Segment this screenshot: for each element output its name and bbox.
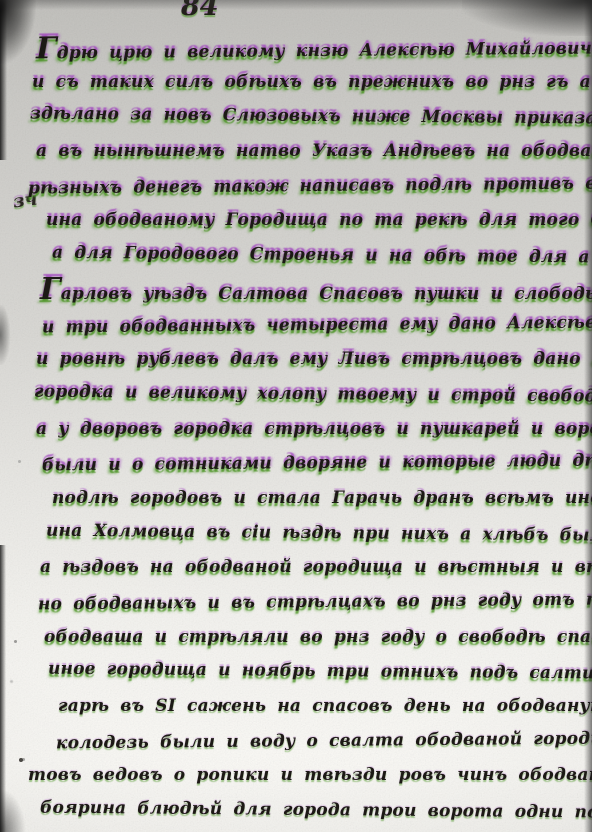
manuscript-line: колодезь были и воду о свалта ободваной … bbox=[56, 721, 592, 760]
scan-edge-right bbox=[584, 0, 592, 832]
manuscript-line: а у дворовъ городка стрѣлцовъ и пушкарей… bbox=[36, 412, 592, 447]
manuscript-line: гарѣ въ ЅІ сажень на спасовъ день на обо… bbox=[58, 689, 592, 724]
handwritten-text-block: Гдрю црю и великому кнзю Алексѣю Михайло… bbox=[28, 30, 592, 828]
manuscript-line: а ѣздовъ на ободваной городища и вѣстныя… bbox=[40, 550, 592, 585]
manuscript-line: иное городища и ноябрь три отнихъ подъ с… bbox=[48, 652, 592, 691]
manuscript-line: боярина блюдѣй для города трои ворота од… bbox=[40, 791, 592, 831]
paper-speckles bbox=[14, 640, 17, 643]
manuscript-line: ина ободваному Городища по та рекѣ для т… bbox=[46, 203, 592, 238]
scan-edge-top bbox=[0, 0, 592, 10]
scan-edge-left-top bbox=[0, 0, 7, 160]
manuscript-line: городка и великому холопу твоему и строй… bbox=[34, 374, 592, 414]
manuscript-line: а въ нынѣшнемъ натво Указъ Андѣевъ на об… bbox=[36, 134, 592, 169]
manuscript-line: Гарловъ уѣздъ Салтова Спасовъ пушки и сл… bbox=[40, 273, 592, 308]
manuscript-line: подлѣ городовъ и стала Гарачь дранъ всѣм… bbox=[52, 481, 592, 516]
manuscript-line: товъ ведовъ о ропики и твѣзди ровъ чинъ … bbox=[28, 758, 592, 793]
scan-edge-left-bottom bbox=[0, 545, 6, 832]
manuscript-line: но ободваныхъ и въ стрѣлцахъ во рнз году… bbox=[38, 583, 592, 623]
margin-dot bbox=[19, 758, 23, 762]
manuscript-line: ина Холмовца въ сіи ѣздѣ при нихъ а хлѣб… bbox=[46, 513, 592, 552]
manuscript-line: и съ таких силъ обѣихъ въ прежнихъ во рн… bbox=[32, 65, 592, 100]
manuscript-page: 84 зч Гдрю црю и великому кнзю Алексѣю М… bbox=[0, 0, 592, 832]
manuscript-line: были и о сотниками дворяне и которые люд… bbox=[42, 444, 592, 483]
manuscript-line: а для Городового Строенья и на обѣ тое д… bbox=[52, 236, 592, 275]
manuscript-line: здѣлано за новъ Слюзовыхъ ниже Москвы пр… bbox=[30, 97, 592, 137]
manuscript-line: и три ободванныхъ четыреста ему дано Але… bbox=[42, 305, 592, 344]
scan-edge-left-blob bbox=[0, 305, 10, 365]
manuscript-line: и ровнѣ рублевъ далъ ему Ливъ стрѣлцовъ … bbox=[36, 342, 592, 377]
manuscript-line: ободваша и стрѣляли во рнз году о свобод… bbox=[44, 620, 592, 655]
manuscript-line: рѣзныхъ денегъ також написавъ подлѣ прот… bbox=[28, 166, 592, 206]
